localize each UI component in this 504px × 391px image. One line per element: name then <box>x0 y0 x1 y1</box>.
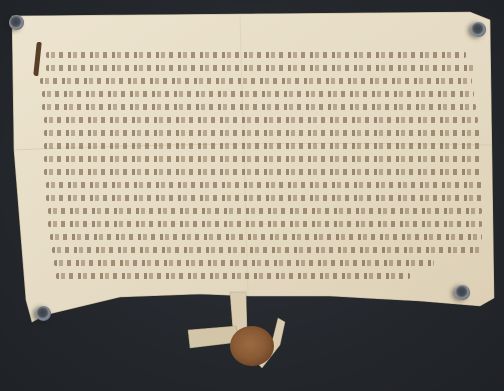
text-line <box>44 156 480 162</box>
pin-bottom-right <box>455 285 470 300</box>
text-line <box>42 91 474 97</box>
text-line <box>44 117 478 123</box>
text-line <box>54 260 434 266</box>
pin-top-right <box>471 22 486 37</box>
text-line <box>44 130 480 136</box>
pin-top-left <box>9 15 24 30</box>
text-line <box>46 182 482 188</box>
text-line <box>46 52 466 58</box>
text-line <box>46 195 482 201</box>
text-line <box>40 78 472 84</box>
text-line <box>52 247 482 253</box>
text-line <box>46 65 474 71</box>
text-line <box>44 143 480 149</box>
text-line <box>42 104 476 110</box>
text-line <box>50 234 482 240</box>
text-line <box>48 208 482 214</box>
text-line <box>48 221 482 227</box>
pin-bottom-left <box>36 306 51 321</box>
text-line <box>56 273 410 279</box>
wax-seal <box>230 326 274 366</box>
text-line <box>44 169 480 175</box>
